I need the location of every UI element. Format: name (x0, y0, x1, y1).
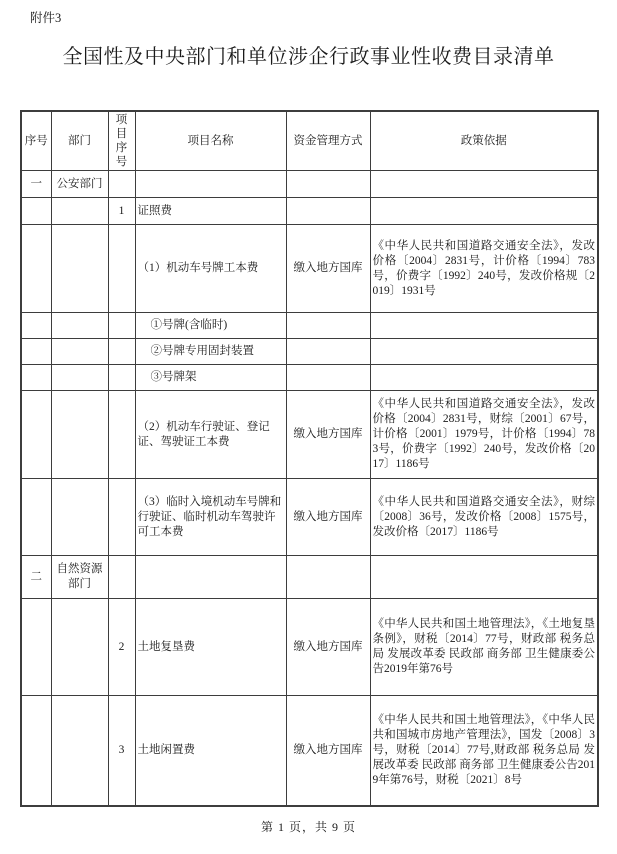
cell-department (51, 339, 108, 365)
cell-department (51, 313, 108, 339)
header-item-serial: 项目序号 (108, 111, 135, 171)
cell-item-name: （3）临时入境机动车号牌和行驶证、临时机动车驾驶许可工本费 (135, 479, 286, 556)
cell-serial (21, 479, 51, 556)
cell-item-serial (108, 365, 135, 391)
header-policy-basis: 政策依据 (370, 111, 598, 171)
attachment-label: 附件3 (30, 8, 61, 26)
fee-catalog-table: 序号 部门 项目序号 项目名称 资金管理方式 政策依据 一 公安部门 1 证照费 (20, 110, 599, 807)
cell-policy (370, 313, 598, 339)
cell-fund (286, 198, 370, 225)
cell-department (51, 479, 108, 556)
table-header-row: 序号 部门 项目序号 项目名称 资金管理方式 政策依据 (21, 111, 598, 171)
cell-policy (370, 556, 598, 599)
header-department: 部门 (51, 111, 108, 171)
cell-fund (286, 313, 370, 339)
cell-item-name: （1）机动车号牌工本费 (135, 225, 286, 313)
cell-item-serial: 3 (108, 696, 135, 806)
cell-fund (286, 339, 370, 365)
table-row: 二 自然资源部门 (21, 556, 598, 599)
cell-serial: 二 (21, 556, 51, 599)
cell-serial (21, 339, 51, 365)
cell-fund: 缴入地方国库 (286, 479, 370, 556)
cell-item-name (135, 171, 286, 198)
table-row: 1 证照费 (21, 198, 598, 225)
cell-item-name: 土地复垦费 (135, 599, 286, 696)
cell-item-name: 土地闲置费 (135, 696, 286, 806)
cell-item-name: ①号牌(含临时) (135, 313, 286, 339)
table-row: ③号牌架 (21, 365, 598, 391)
table-row: ①号牌(含临时) (21, 313, 598, 339)
cell-policy (370, 171, 598, 198)
cell-item-serial (108, 556, 135, 599)
cell-department (51, 225, 108, 313)
cell-fund: 缴入地方国库 (286, 599, 370, 696)
cell-serial (21, 696, 51, 806)
cell-item-name: ②号牌专用固封装置 (135, 339, 286, 365)
table-row: （3）临时入境机动车号牌和行驶证、临时机动车驾驶许可工本费 缴入地方国库 《中华… (21, 479, 598, 556)
header-item-name: 项目名称 (135, 111, 286, 171)
cell-serial (21, 198, 51, 225)
cell-department (51, 599, 108, 696)
cell-serial: 一 (21, 171, 51, 198)
cell-policy: 《中华人民共和国土地管理法》，《土地复垦条例》，财税〔2014〕77号，财政部 … (370, 599, 598, 696)
cell-policy (370, 339, 598, 365)
cell-item-name: （2）机动车行驶证、登记证、驾驶证工本费 (135, 391, 286, 479)
cell-serial (21, 391, 51, 479)
cell-fund: 缴入地方国库 (286, 391, 370, 479)
table-row: （2）机动车行驶证、登记证、驾驶证工本费 缴入地方国库 《中华人民共和国道路交通… (21, 391, 598, 479)
cell-item-serial (108, 225, 135, 313)
cell-department (51, 198, 108, 225)
cell-department (51, 365, 108, 391)
cell-item-serial (108, 391, 135, 479)
cell-fund (286, 171, 370, 198)
cell-item-serial (108, 479, 135, 556)
header-fund-management: 资金管理方式 (286, 111, 370, 171)
cell-policy: 《中华人民共和国道路交通安全法》，发改价格〔2004〕2831号，计价格〔199… (370, 225, 598, 313)
table-row: （1）机动车号牌工本费 缴入地方国库 《中华人民共和国道路交通安全法》，发改价格… (21, 225, 598, 313)
cell-department: 公安部门 (51, 171, 108, 198)
page-number-footer: 第 1 页，共 9 页 (0, 818, 617, 835)
cell-policy: 《中华人民共和国道路交通安全法》，发改价格〔2004〕2831号，财综〔2001… (370, 391, 598, 479)
cell-item-serial (108, 313, 135, 339)
cell-item-name: 证照费 (135, 198, 286, 225)
cell-serial (21, 365, 51, 391)
cell-department (51, 696, 108, 806)
table-row: 2 土地复垦费 缴入地方国库 《中华人民共和国土地管理法》，《土地复垦条例》，财… (21, 599, 598, 696)
cell-serial (21, 599, 51, 696)
cell-policy (370, 365, 598, 391)
cell-policy: 《中华人民共和国道路交通安全法》，财综〔2008〕36号，发改价格〔2008〕1… (370, 479, 598, 556)
cell-item-serial (108, 171, 135, 198)
table-row: 3 土地闲置费 缴入地方国库 《中华人民共和国土地管理法》，《中华人民共和国城市… (21, 696, 598, 806)
cell-department (51, 391, 108, 479)
cell-item-serial: 1 (108, 198, 135, 225)
header-serial-number: 序号 (21, 111, 51, 171)
cell-policy: 《中华人民共和国土地管理法》，《中华人民共和国城市房地产管理法》，国发〔2008… (370, 696, 598, 806)
cell-serial (21, 225, 51, 313)
cell-item-name: ③号牌架 (135, 365, 286, 391)
cell-item-name (135, 556, 286, 599)
cell-item-serial: 2 (108, 599, 135, 696)
table-row: 一 公安部门 (21, 171, 598, 198)
cell-fund (286, 365, 370, 391)
cell-policy (370, 198, 598, 225)
cell-fund: 缴入地方国库 (286, 696, 370, 806)
cell-department: 自然资源部门 (51, 556, 108, 599)
cell-item-serial (108, 339, 135, 365)
table-row: ②号牌专用固封装置 (21, 339, 598, 365)
cell-fund: 缴入地方国库 (286, 225, 370, 313)
page-title: 全国性及中央部门和单位涉企行政事业性收费目录清单 (0, 40, 617, 69)
cell-serial (21, 313, 51, 339)
cell-fund (286, 556, 370, 599)
